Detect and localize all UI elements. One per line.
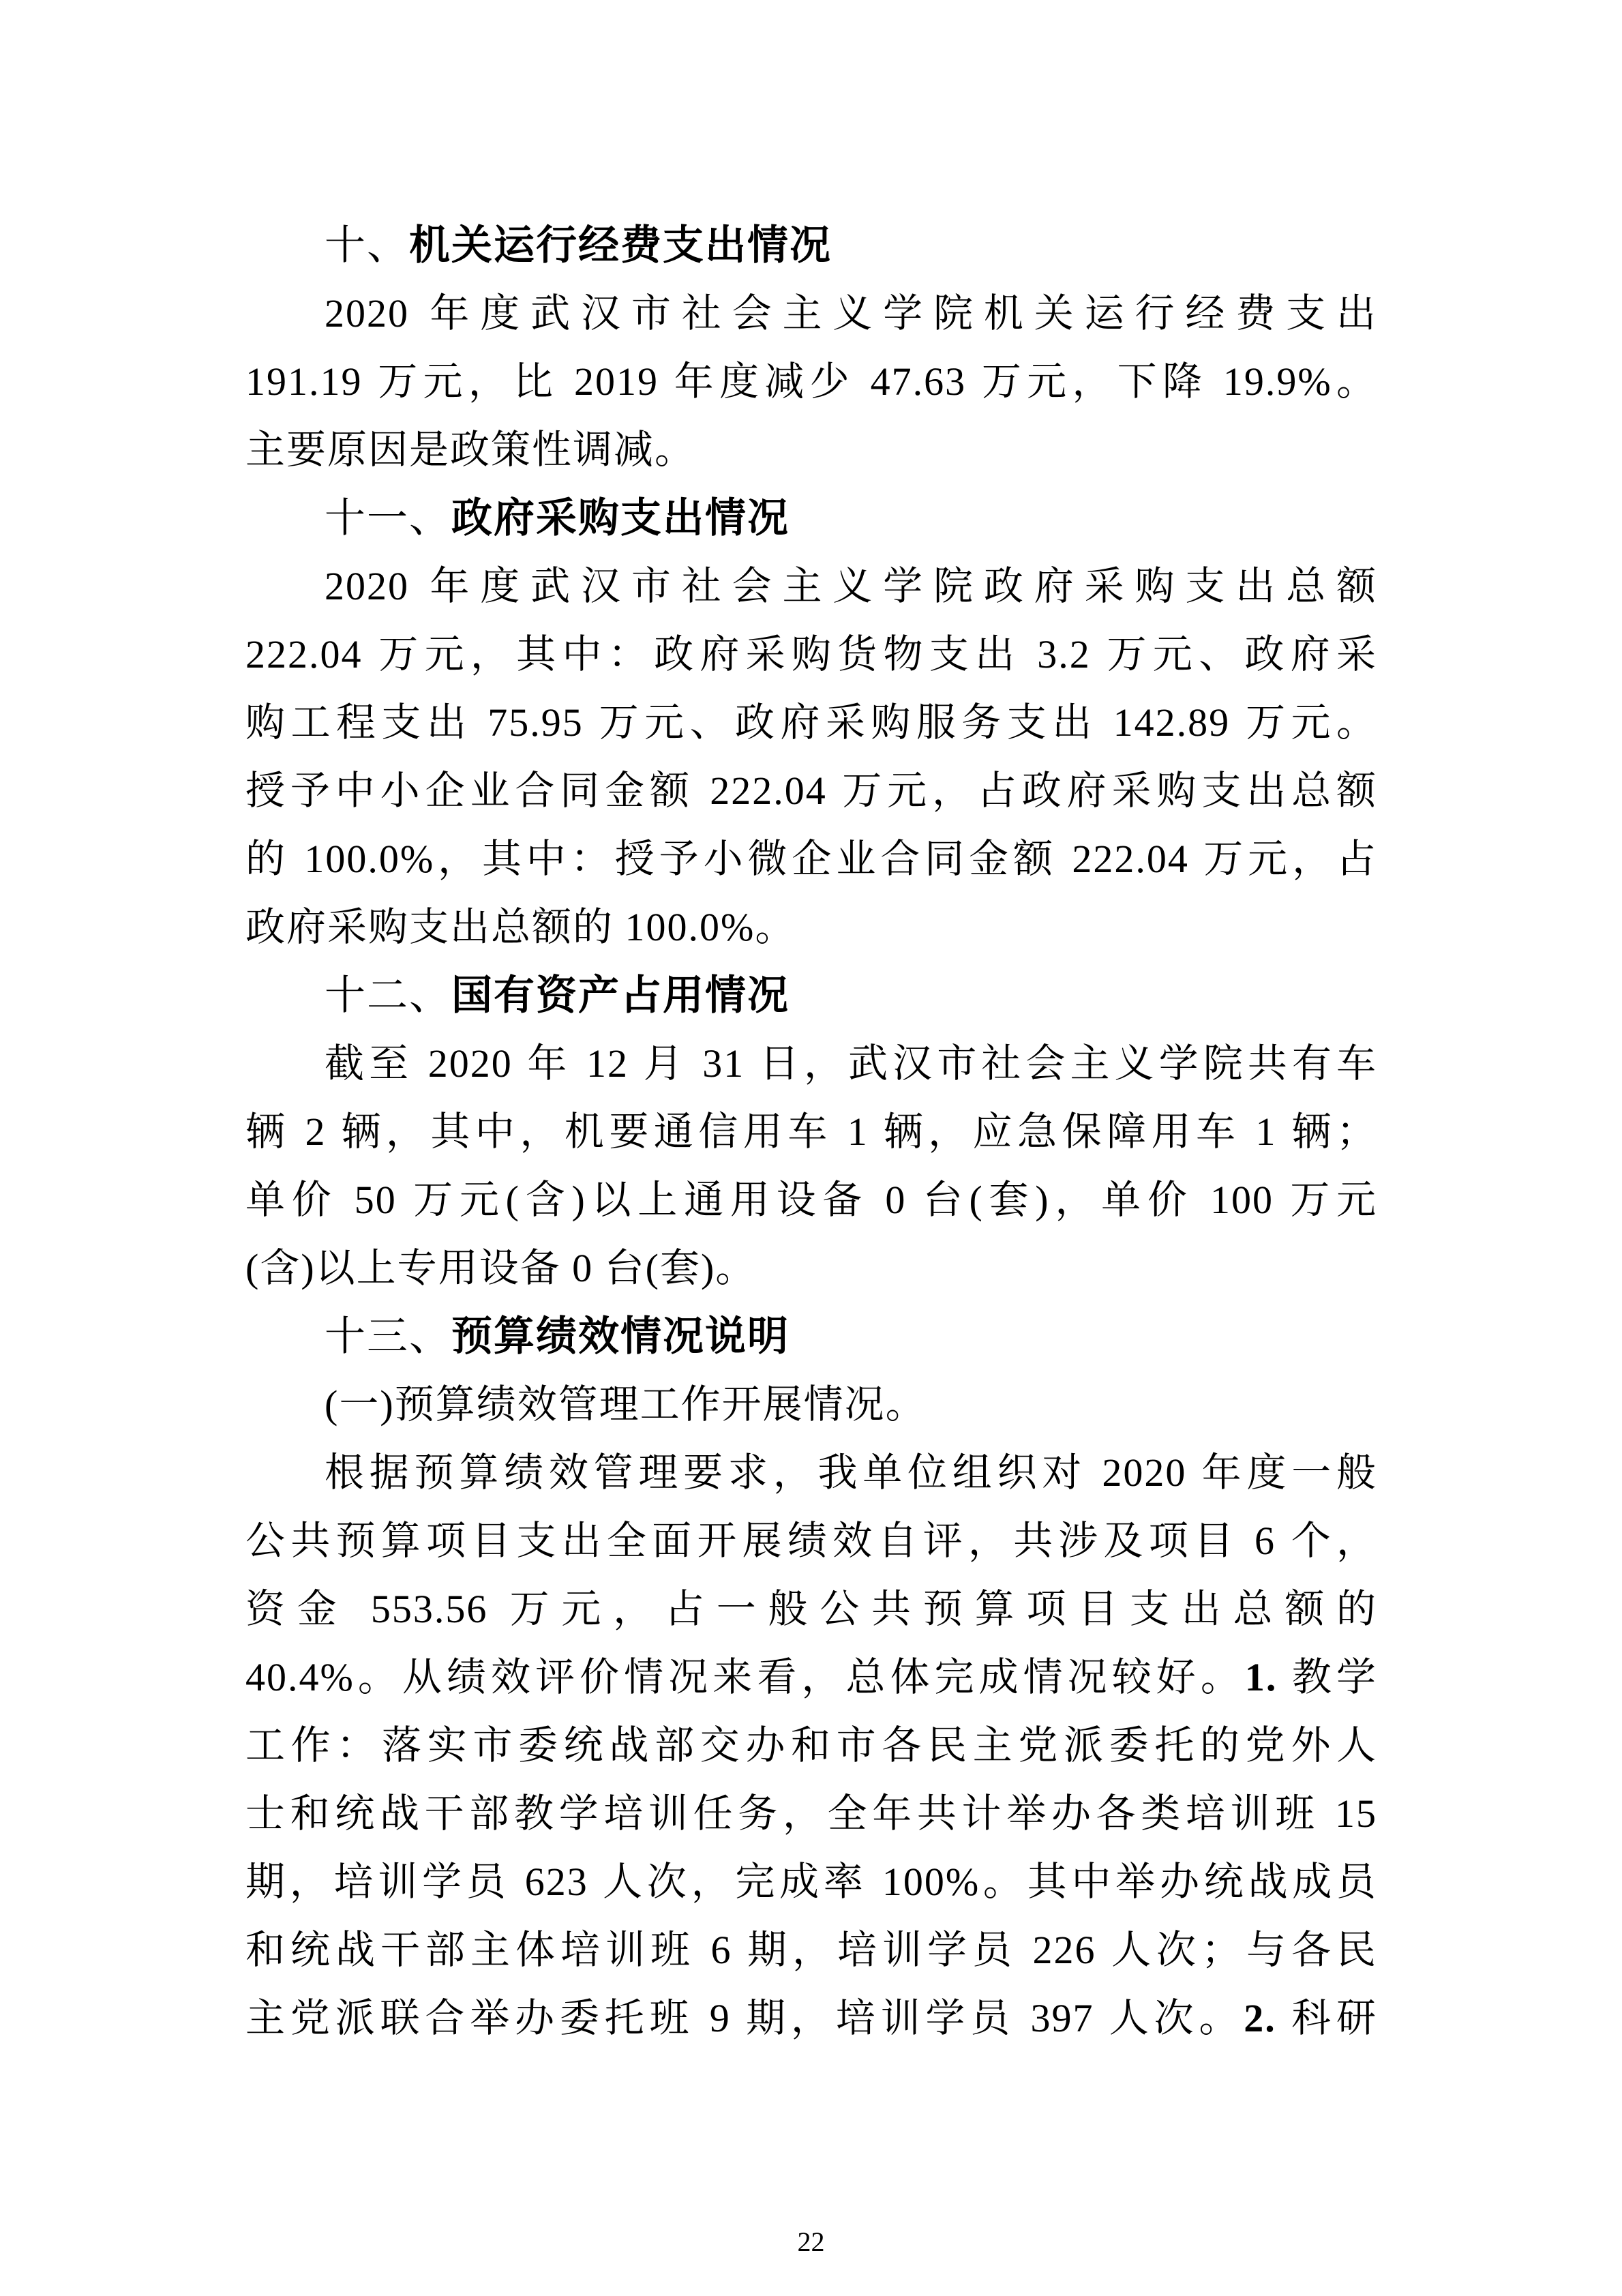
heading-number: 十二、 [325, 973, 451, 1018]
text-run: 政府采购支出总额的 100.0%。 [245, 905, 796, 949]
text-line: 政府采购支出总额的 100.0%。 [245, 893, 1377, 961]
text-run: 主党派联合举办委托班 9 期，培训学员 397 人次。 [245, 1996, 1244, 2040]
bold-run: 1. [1245, 1655, 1278, 1699]
section-heading: 十二、国有资产占用情况 [245, 961, 1377, 1030]
text-run: 2020 年度武汉市社会主义学院政府采购支出总额 [325, 564, 1377, 608]
document-page: 十、机关运行经费支出情况2020 年度武汉市社会主义学院机关运行经费支出191.… [0, 0, 1622, 2296]
text-run: 根据预算绩效管理要求，我单位组织对 2020 年度一般 [325, 1450, 1377, 1495]
text-run: (一)预算绩效管理工作开展情况。 [325, 1382, 927, 1427]
section-heading: 十、机关运行经费支出情况 [245, 211, 1377, 280]
text-run: 主要原因是政策性调减。 [245, 428, 695, 472]
text-run: 资金 553.56 万元，占一般公共预算项目支出总额的 [245, 1587, 1377, 1631]
text-run: 购工程支出 75.95 万元、政府采购服务支出 142.89 万元。 [245, 700, 1377, 745]
text-run: 工作：落实市委统战部交办和市各民主党派委托的党外人 [245, 1723, 1377, 1768]
text-line: 和统战干部主体培训班 6 期，培训学员 226 人次；与各民 [245, 1916, 1377, 1984]
heading-title: 政府采购支出情况 [451, 495, 790, 541]
text-line: 授予中小企业合同金额 222.04 万元，占政府采购支出总额 [245, 757, 1377, 825]
page-number: 22 [0, 2227, 1622, 2257]
text-line: 2020 年度武汉市社会主义学院政府采购支出总额 [245, 552, 1377, 621]
section-heading: 十一、政府采购支出情况 [245, 484, 1377, 552]
text-run: 士和统战干部教学培训任务，全年共计举办各类培训班 15 [245, 1791, 1377, 1836]
text-run: 公共预算项目支出全面开展绩效自评，共涉及项目 6 个， [245, 1519, 1377, 1563]
text-line: 期，培训学员 623 人次，完成率 100%。其中举办统战成员 [245, 1848, 1377, 1916]
text-line: 根据预算绩效管理要求，我单位组织对 2020 年度一般 [245, 1439, 1377, 1507]
text-run: 2020 年度武汉市社会主义学院机关运行经费支出 [325, 291, 1377, 336]
text-line: 辆 2 辆，其中，机要通信用车 1 辆，应急保障用车 1 辆； [245, 1098, 1377, 1166]
text-line: 士和统战干部教学培训任务，全年共计举办各类培训班 15 [245, 1780, 1377, 1848]
text-line: 购工程支出 75.95 万元、政府采购服务支出 142.89 万元。 [245, 689, 1377, 757]
text-line: (一)预算绩效管理工作开展情况。 [245, 1371, 1377, 1439]
section-heading: 十三、预算绩效情况说明 [245, 1302, 1377, 1371]
text-run: 的 100.0%，其中：授予小微企业合同金额 222.04 万元，占 [245, 837, 1377, 881]
heading-number: 十一、 [325, 496, 451, 541]
bold-run: 2. [1244, 1996, 1276, 2040]
text-run: 期，培训学员 623 人次，完成率 100%。其中举办统战成员 [245, 1860, 1377, 1904]
heading-title: 机关运行经费支出情况 [409, 222, 832, 268]
text-line: 主党派联合举办委托班 9 期，培训学员 397 人次。2. 科研 [245, 1984, 1377, 2053]
text-run: 单价 50 万元(含)以上通用设备 0 台(套)，单价 100 万元 [245, 1178, 1377, 1222]
text-run: 科研 [1276, 1996, 1377, 2040]
heading-title: 国有资产占用情况 [451, 972, 790, 1018]
heading-title: 预算绩效情况说明 [451, 1313, 790, 1359]
text-line: 资金 553.56 万元，占一般公共预算项目支出总额的 [245, 1575, 1377, 1643]
text-line: 的 100.0%，其中：授予小微企业合同金额 222.04 万元，占 [245, 825, 1377, 893]
text-line: 公共预算项目支出全面开展绩效自评，共涉及项目 6 个， [245, 1507, 1377, 1575]
text-line: 222.04 万元，其中：政府采购货物支出 3.2 万元、政府采 [245, 621, 1377, 689]
text-line: 191.19 万元，比 2019 年度减少 47.63 万元，下降 19.9%。 [245, 348, 1377, 416]
text-run: 40.4%。从绩效评价情况来看，总体完成情况较好。 [245, 1655, 1245, 1699]
text-run: 辆 2 辆，其中，机要通信用车 1 辆，应急保障用车 1 辆； [245, 1109, 1377, 1154]
text-line: 截至 2020 年 12 月 31 日，武汉市社会主义学院共有车 [245, 1030, 1377, 1098]
document-body: 十、机关运行经费支出情况2020 年度武汉市社会主义学院机关运行经费支出191.… [245, 211, 1377, 2053]
text-run: 222.04 万元，其中：政府采购货物支出 3.2 万元、政府采 [245, 632, 1377, 676]
text-line: 2020 年度武汉市社会主义学院机关运行经费支出 [245, 280, 1377, 348]
text-line: (含)以上专用设备 0 台(套)。 [245, 1234, 1377, 1302]
text-line: 工作：落实市委统战部交办和市各民主党派委托的党外人 [245, 1712, 1377, 1780]
heading-number: 十三、 [325, 1314, 451, 1359]
text-run: 和统战干部主体培训班 6 期，培训学员 226 人次；与各民 [245, 1928, 1377, 1972]
text-run: 教学 [1277, 1655, 1377, 1699]
text-run: 截至 2020 年 12 月 31 日，武汉市社会主义学院共有车 [325, 1041, 1377, 1086]
heading-number: 十、 [325, 223, 409, 268]
text-run: (含)以上专用设备 0 台(套)。 [245, 1246, 756, 1290]
text-line: 40.4%。从绩效评价情况来看，总体完成情况较好。1. 教学 [245, 1643, 1377, 1712]
text-line: 主要原因是政策性调减。 [245, 416, 1377, 484]
text-line: 单价 50 万元(含)以上通用设备 0 台(套)，单价 100 万元 [245, 1166, 1377, 1234]
text-run: 授予中小企业合同金额 222.04 万元，占政府采购支出总额 [245, 769, 1377, 813]
text-run: 191.19 万元，比 2019 年度减少 47.63 万元，下降 19.9%。 [245, 359, 1377, 404]
